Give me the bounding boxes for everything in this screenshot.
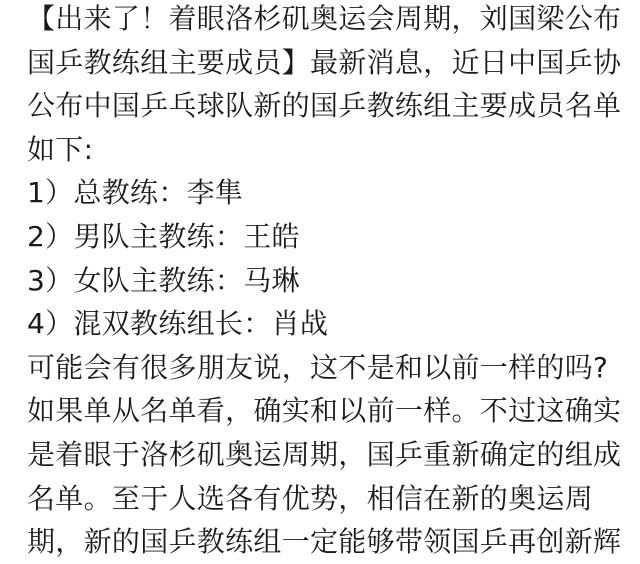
list-item-head-coach: 1）总教练：李隼 bbox=[27, 171, 627, 215]
list-item-men-coach: 2）男队主教练：王皓 bbox=[27, 215, 627, 259]
body-paragraph: 可能会有很多朋友说，这不是和以前一样的吗?如果单从名单看，确实和以前一样。不过这… bbox=[27, 346, 627, 554]
coach-list: 1）总教练：李隼 2）男队主教练：王皓 3）女队主教练：马琳 4）混双教练组长：… bbox=[27, 171, 627, 345]
article-body: 【出来了！着眼洛杉矶奥运会周期，刘国梁公布国乒教练组主要成员】最新消息，近日中国… bbox=[27, 0, 627, 554]
list-item-women-coach: 3）女队主教练：马琳 bbox=[27, 259, 627, 303]
intro-paragraph: 【出来了！着眼洛杉矶奥运会周期，刘国梁公布国乒教练组主要成员】最新消息，近日中国… bbox=[27, 0, 627, 171]
list-item-mixed-coach: 4）混双教练组长：肖战 bbox=[27, 302, 627, 346]
